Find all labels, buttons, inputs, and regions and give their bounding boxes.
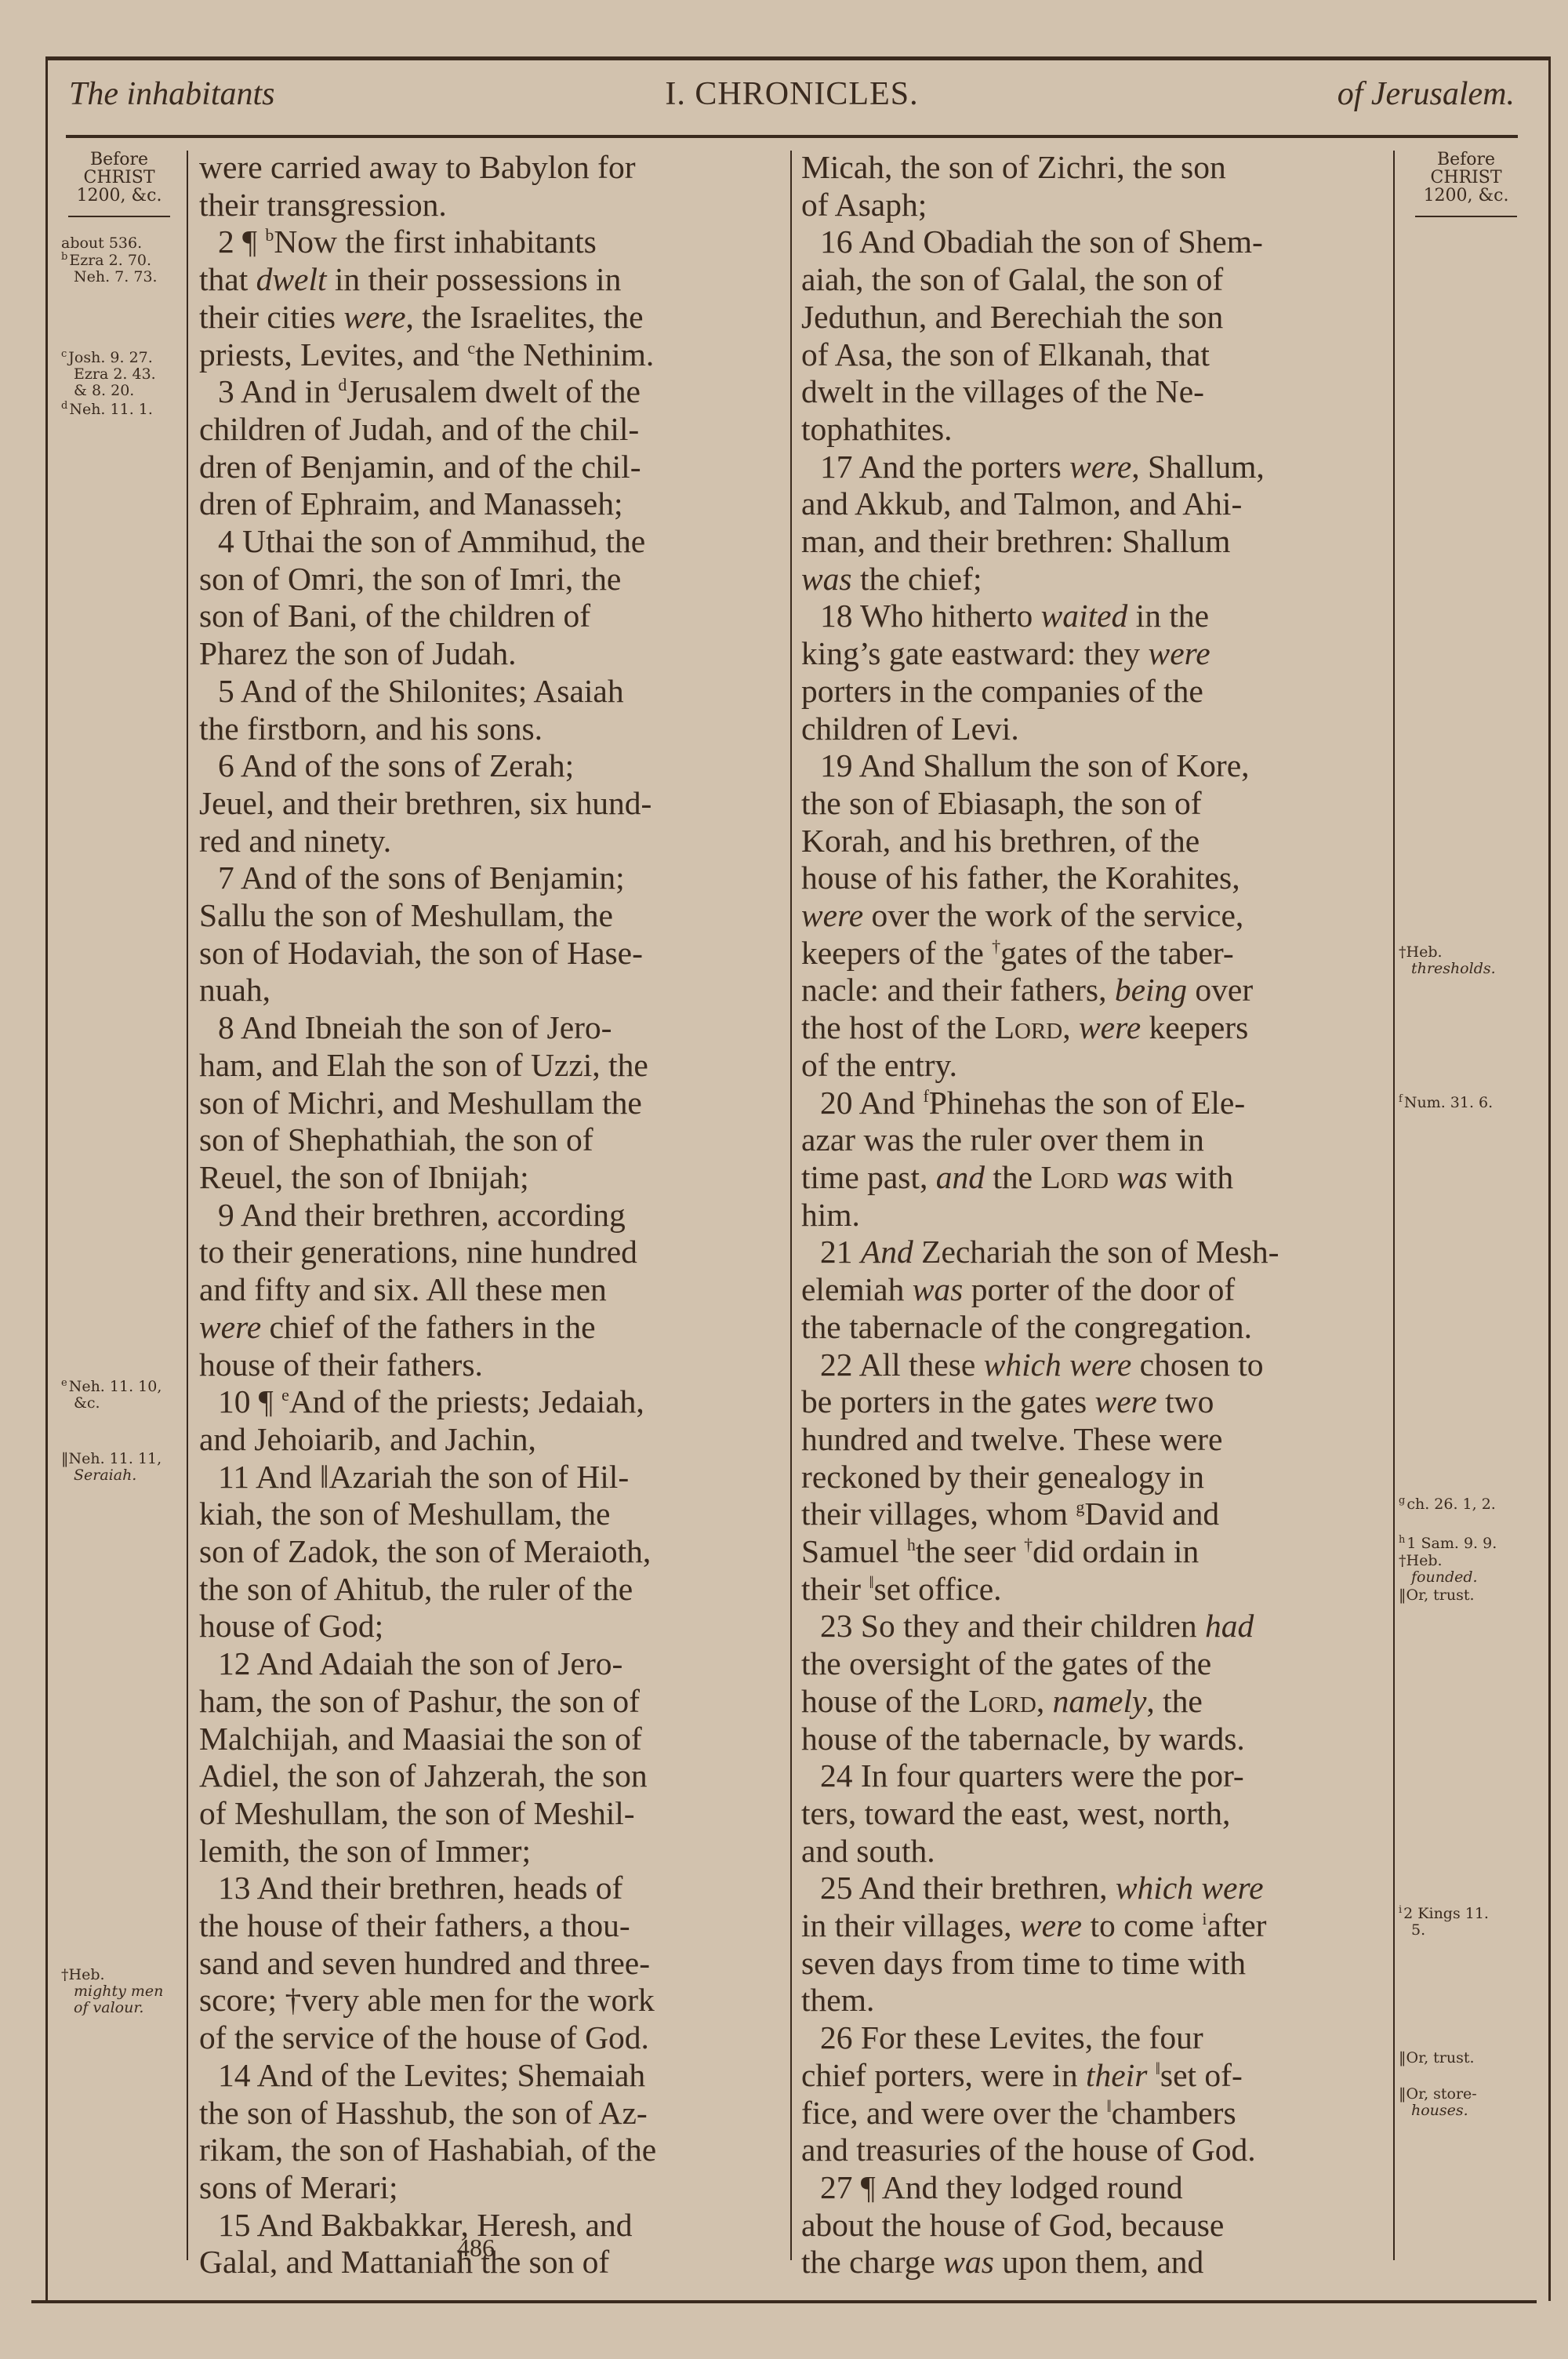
text-line: that dwelt in their possessions in [199, 261, 779, 299]
margin-note: about 536. [61, 235, 194, 252]
heading-rule [1415, 216, 1517, 217]
margin-note: gch. 26. 1, 2. [1399, 1496, 1532, 1513]
verse-25: 25 And their brethren, which were [801, 1870, 1381, 1907]
note-text: houses. [1399, 2103, 1532, 2119]
text-line: house of the tabernacle, by wards. [801, 1721, 1381, 1758]
note-marker: ‖ [1399, 2085, 1406, 2103]
heading-line: Before [56, 151, 182, 169]
verse-13: 13 And their brethren, heads of [199, 1870, 779, 1907]
text-line: their villages, whom gDavid and [801, 1496, 1381, 1533]
note-text: Or, store- [1406, 2085, 1477, 2103]
text-line: ters, toward the east, west, north, [801, 1795, 1381, 1833]
text-line: hundred and twelve. These were [801, 1421, 1381, 1459]
text-line: Micah, the son of Zichri, the son [801, 149, 1381, 187]
verse-14: 14 And of the Levites; Shemaiah [199, 2057, 779, 2095]
text-line: the house of their fathers, a thou- [199, 1907, 779, 1945]
text-line: in their villages, were to come iafter [801, 1907, 1381, 1945]
text-line: and south. [801, 1833, 1381, 1870]
note-marker: ‖ [61, 1450, 69, 1467]
text-line: the charge was upon them, and [801, 2244, 1381, 2281]
note-marker: d [61, 400, 67, 412]
verse-26: 26 For these Levites, the four [801, 2019, 1381, 2057]
verse-3: 3 And in dJerusalem dwelt of the [199, 373, 779, 411]
text-line: children of Judah, and of the chil- [199, 411, 779, 449]
text-line: house of God; [199, 1608, 779, 1645]
text-line: about the house of God, because [801, 2207, 1381, 2245]
text-line: nuah, [199, 972, 779, 1009]
text-line: the son of Ahitub, the ruler of the [199, 1571, 779, 1608]
text-line: dwelt in the villages of the Ne- [801, 373, 1381, 411]
note-text: Num. 31. 6. [1404, 1094, 1493, 1111]
note-text: Heb. [1406, 943, 1443, 961]
text-line: aiah, the son of Galal, the son of [801, 261, 1381, 299]
verse-8: 8 And Ibneiah the son of Jero- [199, 1009, 779, 1047]
text-line: seven days from time to time with [801, 1945, 1381, 1983]
text-line: were over the work of the service, [801, 897, 1381, 935]
text-line: them. [801, 1982, 1381, 2019]
text-line: son of Michri, and Meshullam the [199, 1085, 779, 1122]
verse-17: 17 And the porters were, Shallum, [801, 449, 1381, 486]
text-line: kiah, the son of Meshullam, the [199, 1496, 779, 1533]
text-line: Adiel, the son of Jahzerah, the son [199, 1757, 779, 1795]
verse-20: 20 And fPhinehas the son of Ele- [801, 1085, 1381, 1122]
note-text: mighty men [61, 1983, 194, 2000]
text-line: azar was the ruler over them in [801, 1121, 1381, 1159]
text-line: rikam, the son of Hashabiah, of the [199, 2132, 779, 2169]
text-line: king’s gate eastward: they were [801, 635, 1381, 673]
text-line: keepers of the †gates of the taber- [801, 935, 1381, 972]
text-line: of Asaph; [801, 187, 1381, 224]
margin-note: i2 Kings 11. 5. [1399, 1906, 1532, 1939]
text-line: lemith, the son of Immer; [199, 1833, 779, 1870]
running-header: The inhabitants I. CHRONICLES. of Jerusa… [66, 72, 1518, 119]
text-line: time past, and the Lord was with [801, 1159, 1381, 1197]
bottom-rule [31, 2300, 1537, 2303]
text-line: were carried away to Babylon for [199, 149, 779, 187]
heading-line: 1200, &c. [1403, 187, 1529, 205]
divider-right-margin [1393, 151, 1395, 2260]
note-marker: c [61, 348, 67, 360]
note-text: 1 Sam. 9. 9. [1406, 1535, 1497, 1552]
text-line: him. [801, 1197, 1381, 1234]
text-line: of the entry. [801, 1047, 1381, 1085]
text-line: tophathites. [801, 411, 1381, 449]
margin-note: †Heb. thresholds. [1399, 944, 1532, 977]
text-column-right: Micah, the son of Zichri, the son of Asa… [801, 149, 1381, 2281]
margin-note: h1 Sam. 9. 9. [1399, 1536, 1532, 1552]
margin-note: †Heb. mighty men of valour. [61, 1967, 194, 2016]
date-heading: Before CHRIST 1200, &c. [1403, 151, 1529, 217]
text-line: house of his father, the Korahites, [801, 860, 1381, 897]
text-line: sons of Merari; [199, 2169, 779, 2207]
text-line: the tabernacle of the congregation. [801, 1309, 1381, 1347]
note-text: Josh. 9. 27. [68, 349, 153, 366]
note-text: Heb. [69, 1966, 105, 1983]
text-line: Malchijah, and Maasiai the son of [199, 1721, 779, 1758]
margin-note: ‖Or, trust. [1399, 2050, 1532, 2066]
text-line: be porters in the gates were two [801, 1383, 1381, 1421]
text-line: and Jehoiarib, and Jachin, [199, 1421, 779, 1459]
heading-line: CHRIST [56, 169, 182, 187]
note-marker: † [61, 1966, 69, 1983]
heading-rule [68, 216, 170, 217]
text-line: man, and their brethren: Shallum [801, 523, 1381, 561]
margin-note: ‖Or, trust. [1399, 1587, 1532, 1604]
note-marker: b [61, 251, 67, 263]
left-margin: Before CHRIST 1200, &c. [56, 151, 182, 217]
note-text: 2 Kings 11. [1403, 1905, 1489, 1922]
text-line: score; †very able men for the work [199, 1982, 779, 2019]
text-line: of Asa, the son of Elkanah, that [801, 336, 1381, 374]
text-line: porters in the companies of the [801, 673, 1381, 711]
verse-24: 24 In four quarters were the por- [801, 1757, 1381, 1795]
margin-note: dNeh. 11. 1. [61, 402, 194, 418]
text-line: the son of Ebiasaph, the son of [801, 785, 1381, 823]
text-line: Sallu the son of Meshullam, the [199, 897, 779, 935]
right-margin: Before CHRIST 1200, &c. [1403, 151, 1529, 217]
text-line: dren of Ephraim, and Manasseh; [199, 485, 779, 523]
verse-12: 12 And Adaiah the son of Jero- [199, 1645, 779, 1683]
header-rule [66, 135, 1518, 138]
note-text: 5. [1399, 1922, 1532, 1939]
text-line: son of Hodaviah, the son of Hase- [199, 935, 779, 972]
note-text: founded. [1399, 1569, 1532, 1586]
text-line: ham, the son of Pashur, the son of [199, 1683, 779, 1721]
note-marker: h [1399, 1534, 1405, 1546]
text-line: reckoned by their genealogy in [801, 1459, 1381, 1496]
margin-note: bEzra 2. 70. Neh. 7. 73. [61, 253, 194, 285]
text-line: sand and seven hundred and three- [199, 1945, 779, 1983]
text-line: was the chief; [801, 561, 1381, 598]
note-marker: † [1399, 943, 1406, 961]
book-title: I. CHRONICLES. [66, 75, 1518, 113]
verse-10: 10 ¶ eAnd of the priests; Jedaiah, [199, 1383, 779, 1421]
text-line: the host of the Lord, were keepers [801, 1009, 1381, 1047]
verse-9: 9 And their brethren, according [199, 1197, 779, 1234]
note-text: Seraiah. [61, 1467, 194, 1484]
text-line: son of Bani, of the children of [199, 598, 779, 635]
text-line: house of their fathers. [199, 1347, 779, 1384]
text-line: Reuel, the son of Ibnijah; [199, 1159, 779, 1197]
heading-line: Before [1403, 151, 1529, 169]
verse-6: 6 And of the sons of Zerah; [199, 747, 779, 785]
text-line: of the service of the house of God. [199, 2019, 779, 2057]
note-text: &c. [61, 1395, 194, 1412]
text-line: the firstborn, and his sons. [199, 711, 779, 748]
verse-22: 22 All these which were chosen to [801, 1347, 1381, 1384]
verse-21: 21 And Zechariah the son of Mesh- [801, 1234, 1381, 1271]
note-marker: † [1399, 1552, 1406, 1569]
note-text: Or, trust. [1406, 2049, 1475, 2066]
text-line: of Meshullam, the son of Meshil- [199, 1795, 779, 1833]
divider-left-margin [187, 151, 188, 2260]
text-line: elemiah was porter of the door of [801, 1271, 1381, 1309]
text-line: nacle: and their fathers, being over [801, 972, 1381, 1009]
note-marker: e [61, 1377, 67, 1389]
verse-19: 19 And Shallum the son of Kore, [801, 747, 1381, 785]
text-line: and fifty and six. All these men [199, 1271, 779, 1309]
verse-11: 11 And ‖Azariah the son of Hil- [199, 1459, 779, 1496]
text-line: Pharez the son of Judah. [199, 635, 779, 673]
text-line: Jeuel, and their brethren, six hund- [199, 785, 779, 823]
text-line: their transgression. [199, 187, 779, 224]
text-line: the oversight of the gates of the [801, 1645, 1381, 1683]
margin-note: eNeh. 11. 10, &c. [61, 1379, 194, 1412]
text-line: priests, Levites, and cthe Nethinim. [199, 336, 779, 374]
margin-note: ‖Neh. 11. 11, Seraiah. [61, 1451, 194, 1484]
note-marker: ‖ [1399, 2049, 1406, 2066]
note-text: of valour. [61, 2000, 194, 2016]
note-text: Neh. 11. 1. [69, 401, 153, 418]
text-line: their cities were, the Israelites, the [199, 299, 779, 336]
date-heading: Before CHRIST 1200, &c. [56, 151, 182, 217]
text-column-left: were carried away to Babylon for their t… [199, 149, 779, 2281]
text-line: fice, and were over the ‖chambers [801, 2095, 1381, 2132]
note-marker: g [1399, 1495, 1405, 1507]
text-line: house of the Lord, namely, the [801, 1683, 1381, 1721]
text-line: son of Omri, the son of Imri, the [199, 561, 779, 598]
note-text: about 536. [61, 234, 142, 252]
text-line: son of Shephathiah, the son of [199, 1121, 779, 1159]
note-marker: i [1399, 1904, 1402, 1916]
note-text: & 8. 20. [61, 383, 194, 399]
margin-note: ‖Or, store- houses. [1399, 2086, 1532, 2119]
verse-7: 7 And of the sons of Benjamin; [199, 860, 779, 897]
note-text: Or, trust. [1406, 1587, 1475, 1604]
verse-23: 23 So they and their children had [801, 1608, 1381, 1645]
text-line: red and ninety. [199, 823, 779, 860]
text-line: Korah, and his brethren, of the [801, 823, 1381, 860]
note-text: Neh. 11. 11, [69, 1450, 162, 1467]
note-text: Neh. 7. 73. [61, 269, 194, 285]
verse-18: 18 Who hitherto waited in the [801, 598, 1381, 635]
note-text: Neh. 11. 10, [69, 1378, 162, 1395]
note-text: thresholds. [1399, 961, 1532, 977]
margin-note: cJosh. 9. 27. Ezra 2. 43. & 8. 20. [61, 350, 194, 399]
text-line: children of Levi. [801, 711, 1381, 748]
verse-16: 16 And Obadiah the son of Shem- [801, 224, 1381, 261]
verse-5: 5 And of the Shilonites; Asaiah [199, 673, 779, 711]
margin-note: †Heb. founded. [1399, 1553, 1532, 1586]
text-line: to their generations, nine hundred [199, 1234, 779, 1271]
note-text: Heb. [1406, 1552, 1443, 1569]
text-line: and Akkub, and Talmon, and Ahi- [801, 485, 1381, 523]
verse-4: 4 Uthai the son of Ammihud, the [199, 523, 779, 561]
heading-line: CHRIST [1403, 169, 1529, 187]
text-line: and treasuries of the house of God. [801, 2132, 1381, 2169]
margin-note: fNum. 31. 6. [1399, 1095, 1532, 1111]
header-right: of Jerusalem. [1338, 75, 1515, 113]
verse-2: 2 ¶ bNow the first inhabitants [199, 224, 779, 261]
note-text: ch. 26. 1, 2. [1406, 1496, 1496, 1513]
text-line: their ‖set office. [801, 1571, 1381, 1608]
text-line: dren of Benjamin, and of the chil- [199, 449, 779, 486]
text-line: ham, and Elah the son of Uzzi, the [199, 1047, 779, 1085]
note-marker: ‖ [1399, 1587, 1406, 1604]
text-line: Samuel hthe seer †did ordain in [801, 1533, 1381, 1571]
text-line: were chief of the fathers in the [199, 1309, 779, 1347]
note-marker: f [1399, 1093, 1403, 1105]
heading-line: 1200, &c. [56, 187, 182, 205]
text-line: the son of Hasshub, the son of Az- [199, 2095, 779, 2132]
note-text: Ezra 2. 43. [61, 366, 194, 383]
text-line: chief porters, were in their ‖set of- [801, 2057, 1381, 2095]
note-text: Ezra 2. 70. [69, 252, 151, 269]
verse-27: 27 ¶ And they lodged round [801, 2169, 1381, 2207]
divider-center [790, 151, 792, 2260]
text-line: son of Zadok, the son of Meraioth, [199, 1533, 779, 1571]
page-number: 486 [457, 2234, 495, 2263]
text-line: Jeduthun, and Berechiah the son [801, 299, 1381, 336]
